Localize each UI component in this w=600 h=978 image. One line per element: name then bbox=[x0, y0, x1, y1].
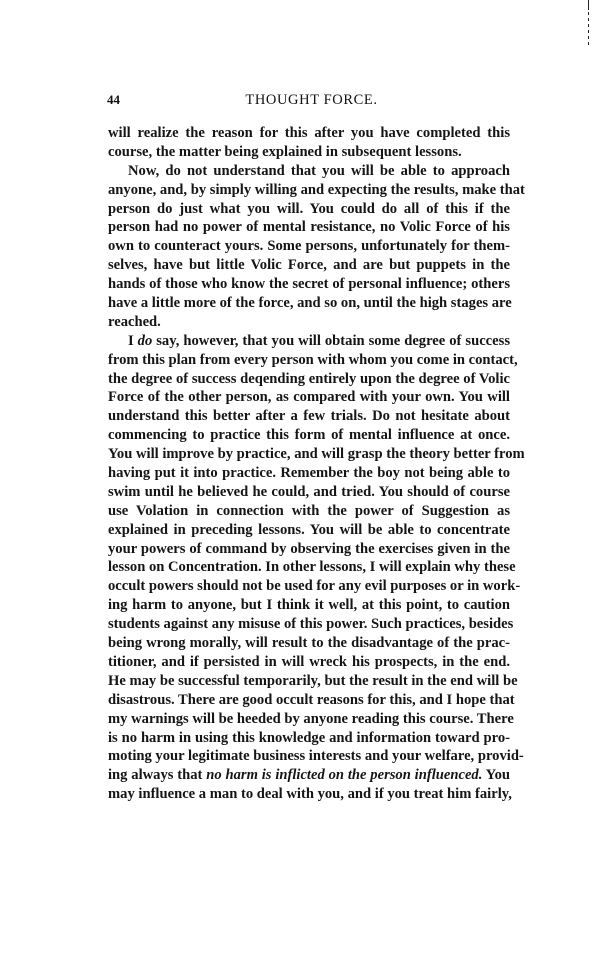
text-line: Now, do not understand that you will be … bbox=[108, 162, 510, 181]
scan-edge-dashes bbox=[588, 0, 589, 48]
text-fragment: say, however, that you will obtain some … bbox=[152, 333, 510, 349]
text-line: occult powers should not be used for any… bbox=[108, 577, 510, 596]
text-line: reached. bbox=[108, 313, 510, 332]
body-text: will realize the reason for this after y… bbox=[108, 124, 510, 804]
text-line: swim until he believed he could, and tri… bbox=[108, 483, 510, 502]
text-line: He may be successful temporarily, but th… bbox=[108, 672, 510, 691]
text-line: Force of the other person, as compared w… bbox=[108, 388, 510, 407]
book-page: 44 THOUGHT FORCE. will realize the reaso… bbox=[0, 0, 600, 978]
running-title: THOUGHT FORCE. bbox=[107, 92, 510, 109]
text-line: understand this better after a few trial… bbox=[108, 407, 510, 426]
text-line: You will improve by practice, and will g… bbox=[108, 445, 510, 464]
text-line: use Volation in connection with the powe… bbox=[108, 502, 510, 521]
text-line: your powers of command by observing the … bbox=[108, 540, 510, 559]
text-line: from this plan from every person with wh… bbox=[108, 351, 510, 370]
text-line: the degree of success deqending entirely… bbox=[108, 370, 510, 389]
text-line: students against any misuse of this powe… bbox=[108, 615, 510, 634]
text-line: may influence a man to deal with you, an… bbox=[108, 785, 510, 804]
text-line: titioner, and if persisted in will wreck… bbox=[108, 653, 510, 672]
text-line: person had no power of mental resistance… bbox=[108, 218, 510, 237]
text-line: hands of those who know the secret of pe… bbox=[108, 275, 510, 294]
text-line: is no harm in using this knowledge and i… bbox=[108, 729, 510, 748]
text-line: moting your legitimate business interest… bbox=[108, 747, 510, 766]
text-line: I do say, however, that you will obtain … bbox=[108, 332, 510, 351]
text-line: being wrong morally, will result to the … bbox=[108, 634, 510, 653]
text-line: anyone, and, by simply willing and expec… bbox=[108, 181, 510, 200]
emphasis-text: do bbox=[138, 333, 153, 349]
text-line: my warnings will be heeded by anyone rea… bbox=[108, 710, 510, 729]
text-fragment: You bbox=[482, 767, 510, 783]
text-line: course, the matter being explained in su… bbox=[108, 143, 510, 162]
text-line: own to counteract yours. Some persons, u… bbox=[108, 237, 510, 256]
text-line: will realize the reason for this after y… bbox=[108, 124, 510, 143]
text-line: ing harm to anyone, but I think it well,… bbox=[108, 596, 510, 615]
text-line: explained in preceding lessons. You will… bbox=[108, 521, 510, 540]
emphasis-text: no harm is inflicted on the person influ… bbox=[206, 767, 482, 783]
text-line: selves, have but little Volic Force, and… bbox=[108, 256, 510, 275]
text-fragment: I bbox=[128, 333, 138, 349]
text-line: disastrous. There are good occult reason… bbox=[108, 691, 510, 710]
text-line: having put it into practice. Remember th… bbox=[108, 464, 510, 483]
running-head: 44 THOUGHT FORCE. bbox=[107, 92, 510, 110]
text-line: person do just what you will. You could … bbox=[108, 200, 510, 219]
text-line: ing always that no harm is inflicted on … bbox=[108, 766, 510, 785]
text-line: commencing to practice this form of ment… bbox=[108, 426, 510, 445]
text-line: lesson on Concentration. In other lesson… bbox=[108, 558, 510, 577]
text-fragment: ing always that bbox=[108, 767, 206, 783]
text-line: have a little more of the force, and so … bbox=[108, 294, 510, 313]
